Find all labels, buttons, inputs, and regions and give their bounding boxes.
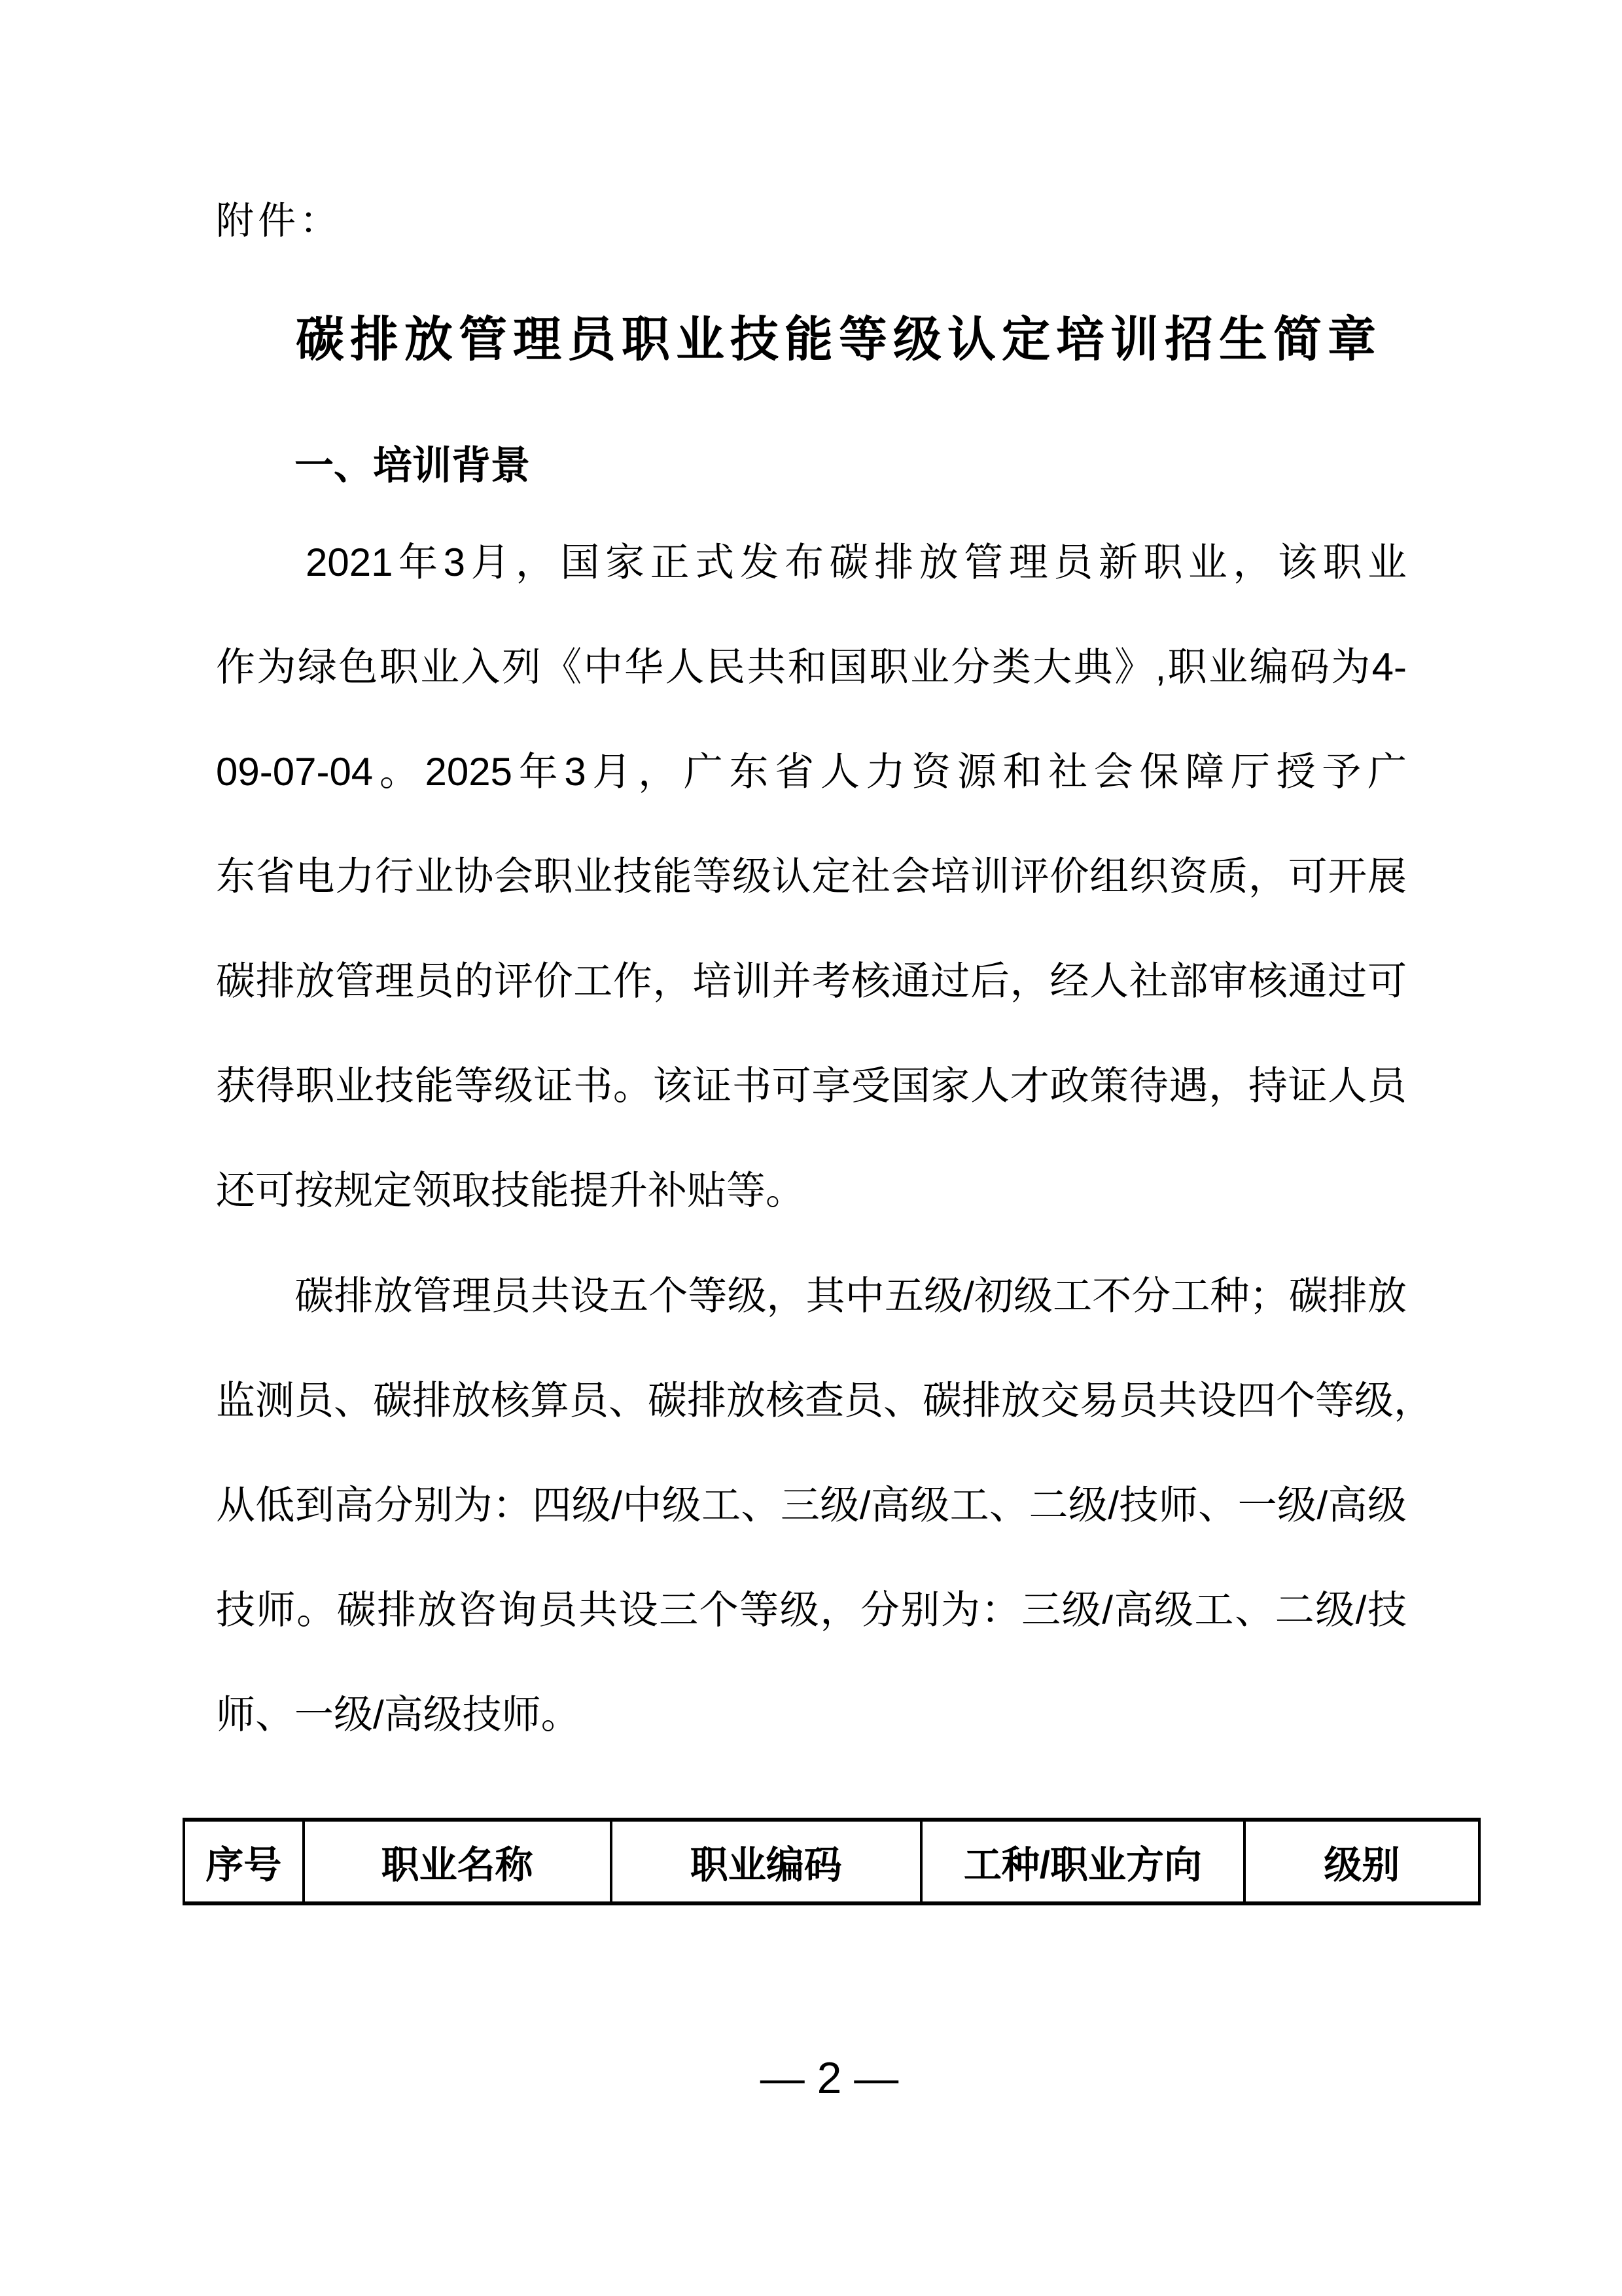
paragraph-line: 09-07-04。2025年3月，广东省人力资源和社会保障厅授予广: [216, 720, 1407, 824]
occupation-level-table-header-row: 序号 职业名称 职业编码 工种/职业方向 级别: [183, 1818, 1481, 1905]
page-number: — 2 —: [0, 2056, 1622, 2100]
section-heading: 一、培训背景: [294, 442, 530, 489]
paragraph-line: 技师。碳排放咨询员共设三个等级，分别为：三级/高级工、二级/技: [216, 1558, 1407, 1663]
paragraph-line: 碳排放管理员共设五个等级，其中五级/初级工不分工种；碳排放: [216, 1244, 1407, 1349]
table-header-cell: 级别: [1243, 1822, 1481, 1901]
paragraph-line: 东省电力行业协会职业技能等级认定社会培训评价组织资质，可开展: [216, 824, 1407, 929]
paragraph-training-background-1: 2021年3月，国家正式发布碳排放管理员新职业，该职业 作为绿色职业入列《中华人…: [216, 510, 1407, 1243]
document-title: 碳排放管理员职业技能等级认定培训招生简章: [296, 309, 1382, 372]
table-header-cell: 职业编码: [610, 1822, 920, 1901]
paragraph-line: 还可按规定领取技能提升补贴等。: [216, 1139, 1407, 1243]
table-header-cell: 职业名称: [302, 1822, 610, 1901]
paragraph-line: 师、一级/高级技师。: [216, 1663, 1407, 1767]
attachment-label: 附件：: [216, 196, 342, 245]
paragraph-training-background-2: 碳排放管理员共设五个等级，其中五级/初级工不分工种；碳排放 监测员、碳排放核算员…: [216, 1244, 1407, 1767]
paragraph-line: 2021年3月，国家正式发布碳排放管理员新职业，该职业: [216, 510, 1407, 615]
paragraph-line: 作为绿色职业入列《中华人民共和国职业分类大典》,职业编码为4-: [216, 615, 1407, 720]
paragraph-line: 碳排放管理员的评价工作，培训并考核通过后，经人社部审核通过可: [216, 929, 1407, 1034]
table-header-cell: 工种/职业方向: [920, 1822, 1243, 1901]
document-page: 附件： 碳排放管理员职业技能等级认定培训招生简章 一、培训背景 2021年3月，…: [0, 0, 1622, 2296]
paragraph-line: 从低到高分别为：四级/中级工、三级/高级工、二级/技师、一级/高级: [216, 1453, 1407, 1558]
table-header-cell: 序号: [183, 1822, 302, 1901]
paragraph-line: 获得职业技能等级证书。该证书可享受国家人才政策待遇，持证人员: [216, 1034, 1407, 1139]
paragraph-line: 监测员、碳排放核算员、碳排放核查员、碳排放交易员共设四个等级，: [216, 1349, 1407, 1453]
